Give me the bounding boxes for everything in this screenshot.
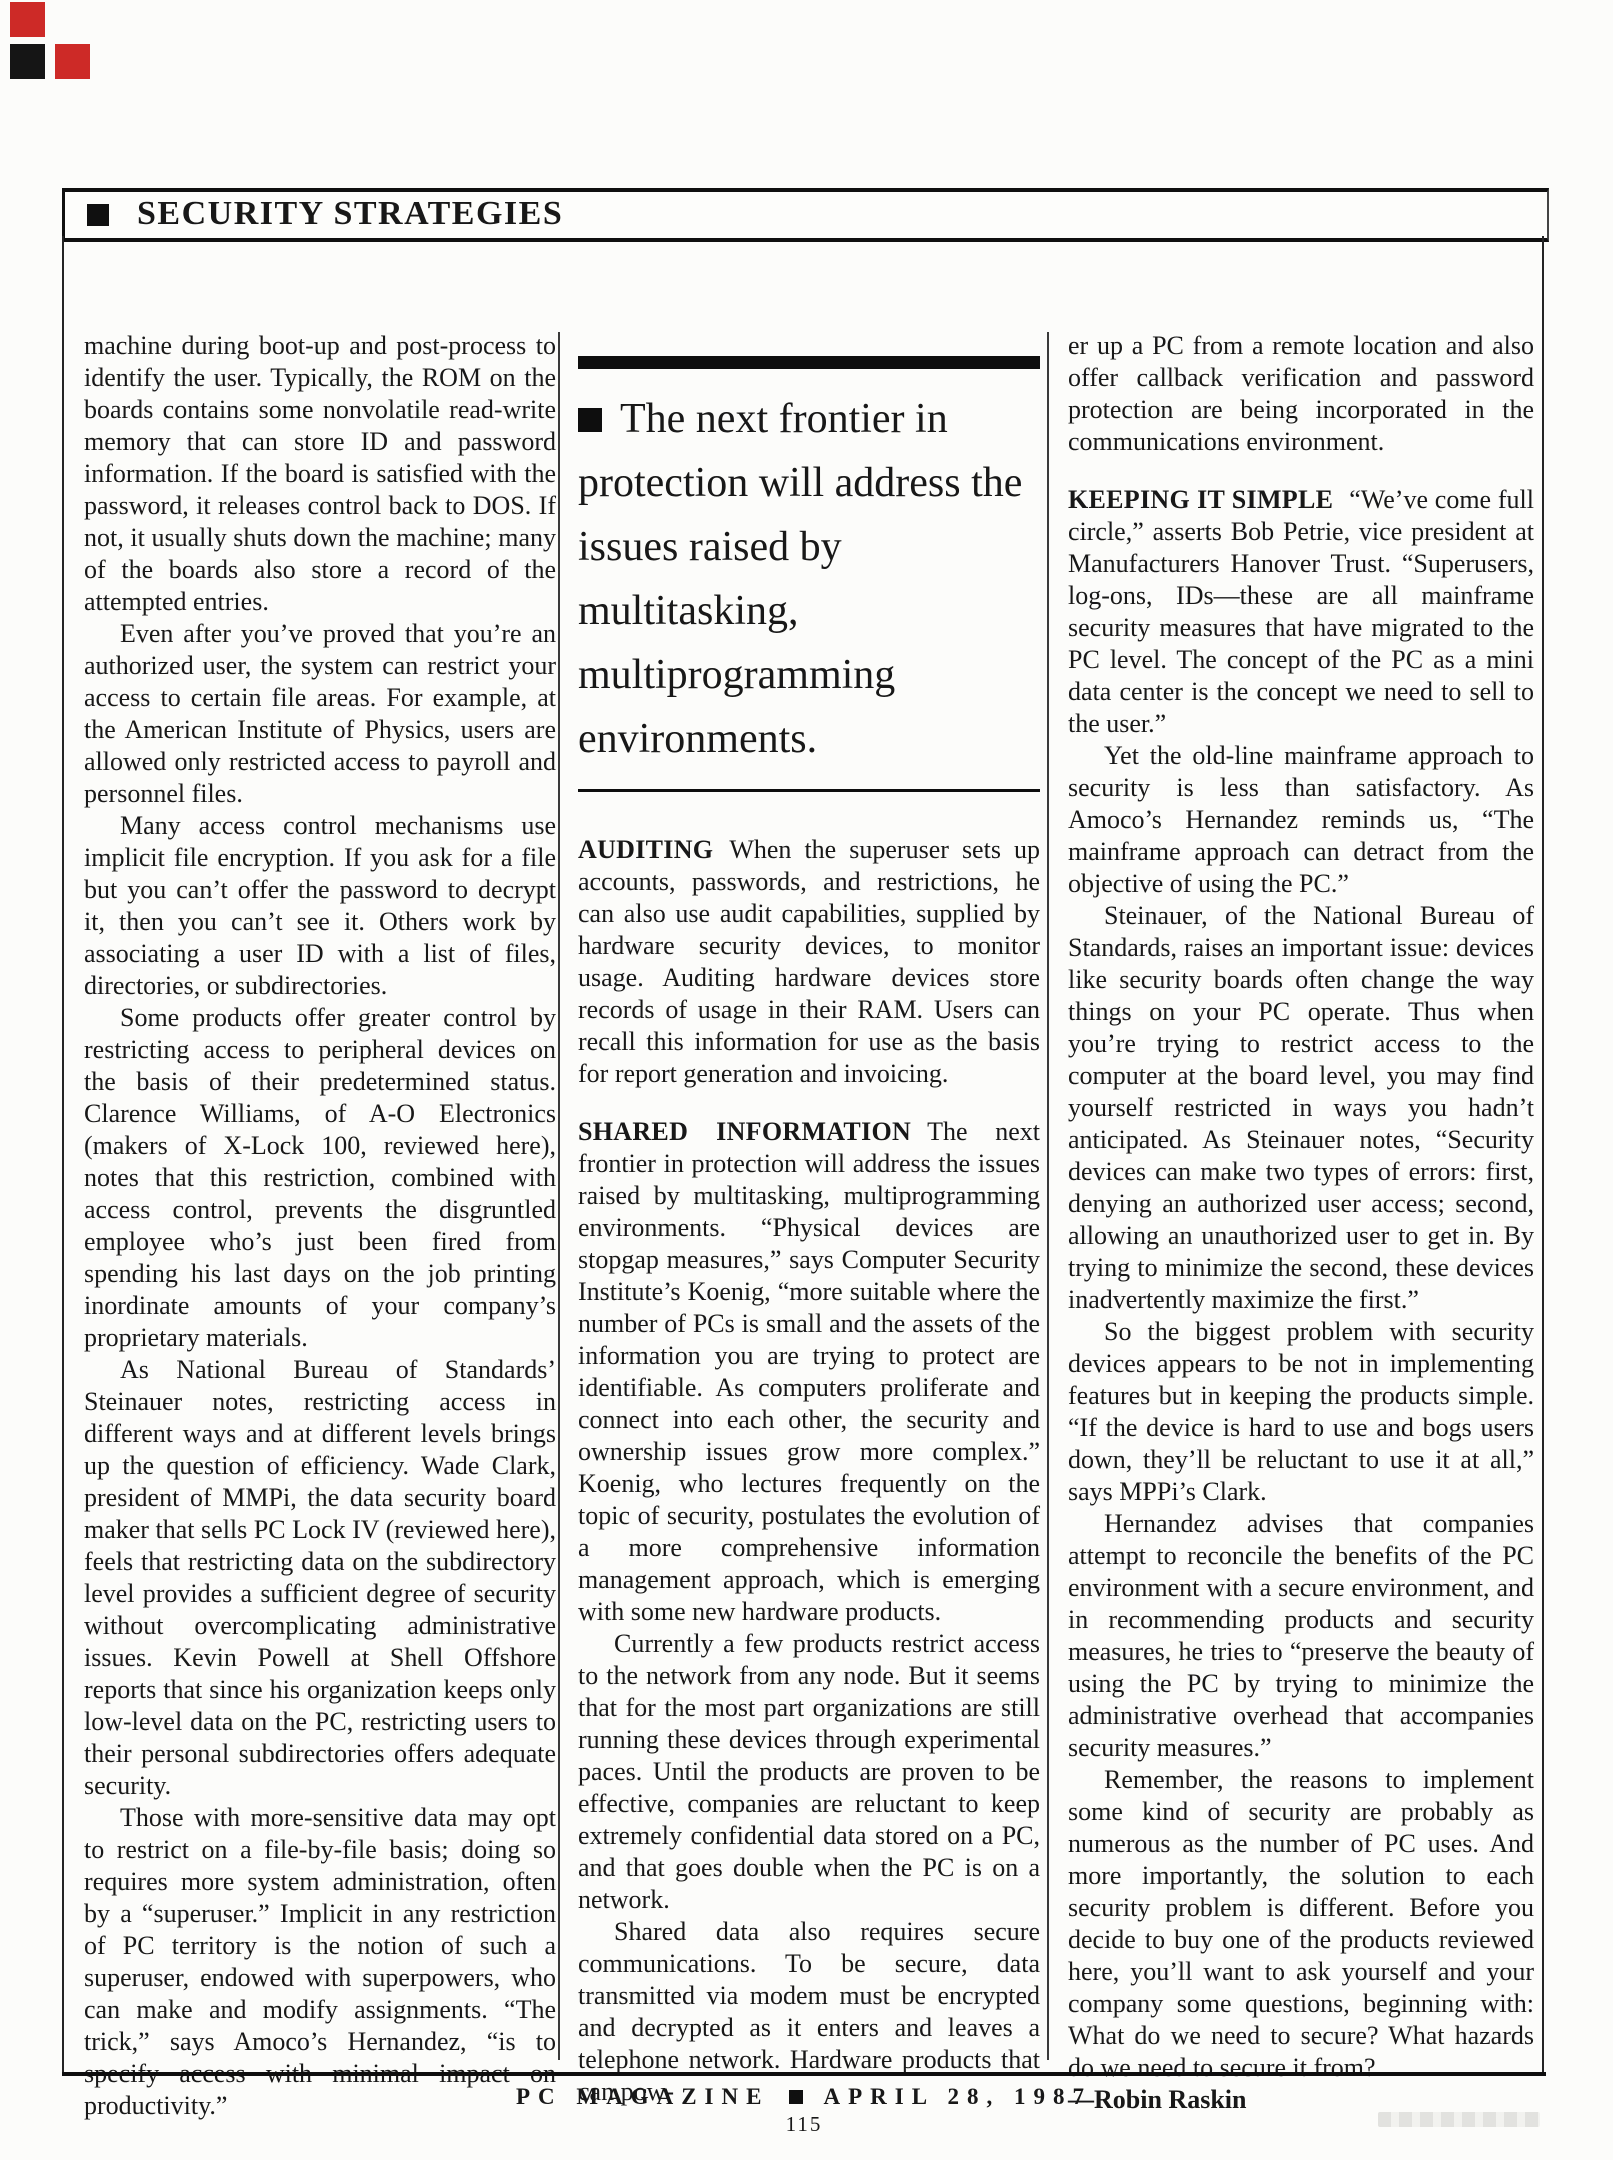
column-2: The next frontier in protection will add… xyxy=(578,330,1040,2108)
scan-mark-red-icon xyxy=(10,2,45,37)
section-heading-auditing: AUDITING xyxy=(578,835,713,864)
paragraph-text: “We’ve come full circle,” asserts Bob Pe… xyxy=(1068,485,1534,738)
pull-quote-bottom-rule xyxy=(578,789,1040,792)
paragraph-text: The next frontier in protection will add… xyxy=(578,1117,1040,1626)
section-heading-keeping-it-simple: KEEPING IT SIMPLE xyxy=(1068,485,1333,514)
paragraph-text: As National Bureau of Standards’ Steinau… xyxy=(84,1355,556,1800)
magazine-page: SECURITY STRATEGIES machine during boot-… xyxy=(0,0,1613,2160)
column-3: er up a PC from a remote location and al… xyxy=(1068,330,1534,2116)
paragraph-text: Remember, the reasons to implement some … xyxy=(1068,1765,1534,2082)
paragraph-text: Steinauer, of the National Bureau of Sta… xyxy=(1068,901,1534,1314)
paragraph: Even after you’ve proved that you’re an … xyxy=(84,618,556,810)
paragraph-text: er up a PC from a remote location and al… xyxy=(1068,331,1534,456)
pull-quote-text: The next frontier in protection will add… xyxy=(578,396,1022,762)
footer-magazine: PC MAGAZINE xyxy=(516,2084,769,2109)
scan-mark-black-icon xyxy=(10,44,45,79)
paragraph: Remember, the reasons to implement some … xyxy=(1068,1764,1534,2084)
paragraph: Hernandez advises that companies attempt… xyxy=(1068,1508,1534,1764)
paragraph-text: Hernandez advises that companies attempt… xyxy=(1068,1509,1534,1762)
paragraph-text: Many access control mechanisms use impli… xyxy=(84,811,556,1000)
pull-quote-bullet-icon xyxy=(578,408,602,432)
pull-quote: The next frontier in protection will add… xyxy=(578,356,1040,792)
paragraph-text: Even after you’ve proved that you’re an … xyxy=(84,619,556,808)
paragraph-text: Some products offer greater control by r… xyxy=(84,1003,556,1352)
paragraph: As National Bureau of Standards’ Steinau… xyxy=(84,1354,556,1802)
paragraph: AUDITINGWhen the superuser sets up accou… xyxy=(578,834,1040,1090)
column-divider xyxy=(1047,332,1049,2060)
paragraph: Currently a few products restrict access… xyxy=(578,1628,1040,1916)
scan-smudge xyxy=(1378,2112,1540,2127)
column-divider xyxy=(558,332,560,2060)
left-frame-rule xyxy=(62,236,64,2072)
paragraph-text: So the biggest problem with security dev… xyxy=(1068,1317,1534,1506)
paragraph-text: Yet the old-line mainframe approach to s… xyxy=(1068,741,1534,898)
paragraph-text: Currently a few products restrict access… xyxy=(578,1629,1040,1914)
paragraph: Shared data also requires secure communi… xyxy=(578,1916,1040,2108)
page-number: 115 xyxy=(62,2112,1546,2137)
section-banner: SECURITY STRATEGIES xyxy=(62,188,1549,242)
paragraph: Many access control mechanisms use impli… xyxy=(84,810,556,1002)
paragraph: er up a PC from a remote location and al… xyxy=(1068,330,1534,458)
section-title: SECURITY STRATEGIES xyxy=(137,195,563,233)
right-frame-rule xyxy=(1542,236,1544,2072)
footer-rule xyxy=(62,2072,1546,2076)
column-1: machine during boot-up and post-process … xyxy=(84,330,556,2122)
footer-date: APRIL 28, 1987 xyxy=(823,2084,1092,2109)
paragraph: Steinauer, of the National Bureau of Sta… xyxy=(1068,900,1534,1316)
pull-quote-top-bar xyxy=(578,356,1040,369)
paragraph-text: When the superuser sets up accounts, pas… xyxy=(578,835,1040,1088)
section-heading-shared-information: SHARED INFORMATION xyxy=(578,1117,911,1146)
pull-quote-body: The next frontier in protection will add… xyxy=(578,369,1040,783)
paragraph-text: Shared data also requires secure communi… xyxy=(578,1917,1040,2106)
paragraph-text: machine during boot-up and post-process … xyxy=(84,331,556,616)
banner-bullet-icon xyxy=(87,204,109,226)
paragraph: Some products offer greater control by r… xyxy=(84,1002,556,1354)
paragraph: So the biggest problem with security dev… xyxy=(1068,1316,1534,1508)
scan-mark-red-icon xyxy=(55,44,90,79)
paragraph: Yet the old-line mainframe approach to s… xyxy=(1068,740,1534,900)
footer-bullet-icon xyxy=(789,2090,803,2104)
paragraph: machine during boot-up and post-process … xyxy=(84,330,556,618)
paragraph: SHARED INFORMATIONThe next frontier in p… xyxy=(578,1116,1040,1628)
footer-line: PC MAGAZINEAPRIL 28, 1987 xyxy=(62,2084,1546,2110)
paragraph: KEEPING IT SIMPLE“We’ve come full circle… xyxy=(1068,484,1534,740)
